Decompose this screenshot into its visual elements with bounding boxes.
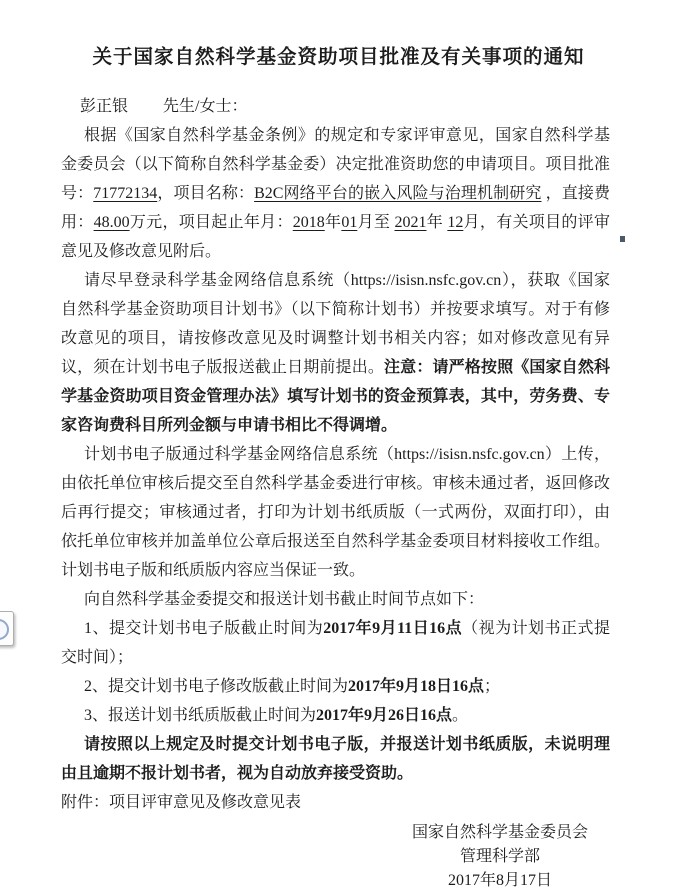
document-title: 关于国家自然科学基金资助项目批准及有关事项的通知 [40,44,637,71]
notification-document-page: 关于国家自然科学基金资助项目批准及有关事项的通知 彭正银先生/女士： 根据《国家… [0,0,677,892]
paragraph: 请尽早登录科学基金网络信息系统（https://isisn.nsfc.gov.c… [61,266,610,440]
paragraph: 请按照以上规定及时提交计划书电子版，并报送计划书纸质版，未说明理由且逾期不报计划… [61,730,610,788]
filled-field: 48.00 [94,214,130,231]
paragraph: 2、提交计划书电子修改版截止时间为2017年9月18日16点； [61,672,610,701]
left-edge-floating-button[interactable] [0,611,14,646]
paragraph: 向自然科学基金委提交和报送计划书截止时间节点如下： [61,585,610,614]
text-segment: 年 [426,214,447,231]
document-body: 根据《国家自然科学基金条例》的规定和专家评审意见，国家自然科学基金委员会（以下简… [61,121,610,788]
filled-field: 2018 [293,214,325,231]
paragraph: 1、提交计划书电子版截止时间为2017年9月11日16点（视为计划书正式提交时间… [61,614,610,672]
signature-dept: 管理科学部 [412,845,588,869]
signature-area: 国家自然科学基金委员会 管理科学部 2017年8月17日 [61,821,610,892]
text-segment: 2017年9月18日16点 [348,678,484,695]
document-content: 彭正银先生/女士： 根据《国家自然科学基金条例》的规定和专家评审意见，国家自然科… [0,92,677,892]
signature-block: 国家自然科学基金委员会 管理科学部 2017年8月17日 [412,821,588,892]
attachment-line: 附件：项目评审意见及修改意见表 [61,788,610,817]
filled-field: 71772134 [93,185,157,202]
partial-circle-icon [0,619,9,640]
paragraph: 计划书电子版通过科学基金网络信息系统（https://isisn.nsfc.go… [61,440,610,585]
paragraph: 附件：项目评审意见及修改意见表 [61,788,610,817]
signature-org: 国家自然科学基金委员会 [412,821,588,845]
text-segment: 月至 [357,214,394,231]
text-segment: 1、提交计划书电子版截止时间为 [84,620,323,637]
text-segment: 2017年9月11日16点 [323,620,462,637]
text-segment: 万元，项目起止年月： [130,214,293,231]
text-segment: ； [484,678,500,695]
right-edge-mark [620,236,625,242]
filled-field: 12 [447,214,463,231]
paragraph: 根据《国家自然科学基金条例》的规定和专家评审意见，国家自然科学基金委员会（以下简… [61,121,610,266]
text-segment: 向自然科学基金委提交和报送计划书截止时间节点如下： [84,591,484,608]
text-segment: 2017年9月26日16点 [316,707,452,724]
text-segment: 。 [452,707,468,724]
filled-field: 2021 [394,214,426,231]
filled-field: B2C网络平台的嵌入风险与治理机制研究 [254,185,541,202]
text-segment: 3、报送计划书纸质版截止时间为 [84,707,316,724]
addressee-line: 彭正银先生/女士： [61,92,610,121]
text-segment: 请按照以上规定及时提交计划书电子版，并报送计划书纸质版，未说明理由且逾期不报计划… [61,736,610,782]
addressee-name: 彭正银 [80,98,128,115]
paragraph: 3、报送计划书纸质版截止时间为2017年9月26日16点。 [61,701,610,730]
signature-date: 2017年8月17日 [412,869,588,892]
text-segment: 年 [325,214,342,231]
text-segment: 2、提交计划书电子修改版截止时间为 [84,678,348,695]
addressee-salutation: 先生/女士： [163,98,247,115]
text-segment: 计划书电子版通过科学基金网络信息系统（https://isisn.nsfc.go… [61,446,610,579]
filled-field: 01 [341,214,357,231]
text-segment: ，项目名称： [157,185,254,202]
